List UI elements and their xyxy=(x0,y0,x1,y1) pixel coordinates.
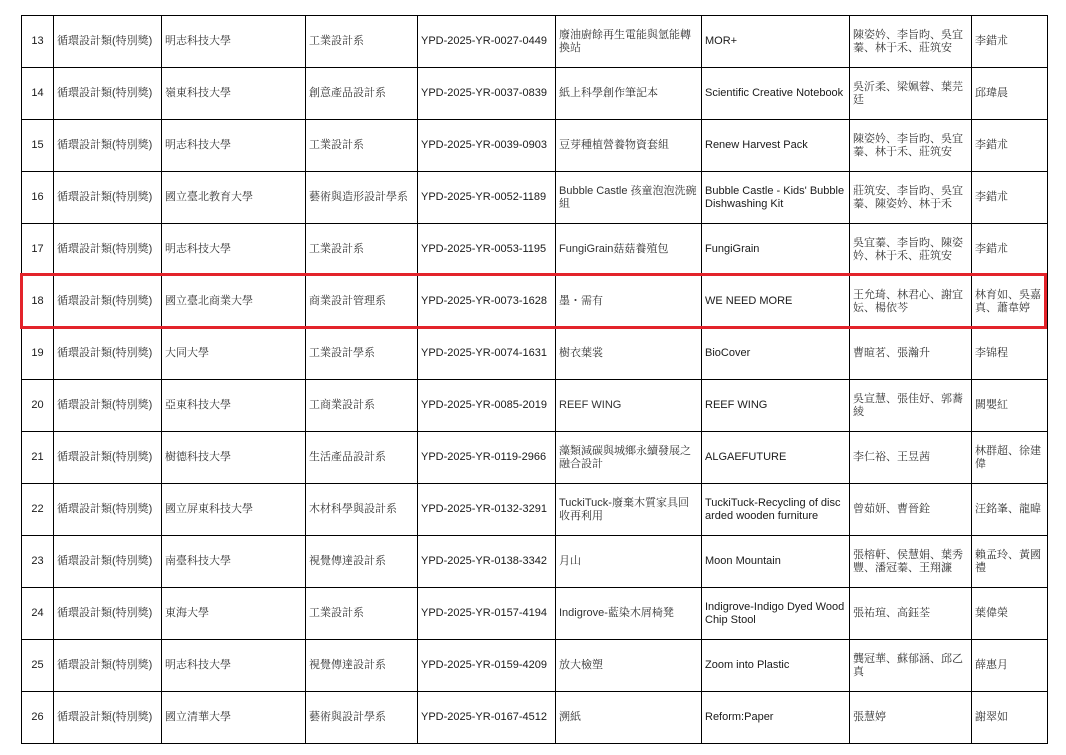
row-number: 23 xyxy=(22,536,54,588)
category-cell: 循環設計類(特別獎) xyxy=(54,224,162,276)
title-en-cell: REEF WING xyxy=(702,380,850,432)
row-number: 17 xyxy=(22,224,54,276)
results-table: 13 循環設計類(特別獎) 明志科技大學 工業設計系 YPD-2025-YR-0… xyxy=(21,15,1048,744)
department-cell: 木材科學與設計系 xyxy=(306,484,418,536)
title-en-cell: BioCover xyxy=(702,328,850,380)
advisor-cell: 汪銘峯、龍暐 xyxy=(972,484,1048,536)
school-cell: 南臺科技大學 xyxy=(162,536,306,588)
department-cell: 工商業設計系 xyxy=(306,380,418,432)
title-en-cell: Renew Harvest Pack xyxy=(702,120,850,172)
row-number: 25 xyxy=(22,640,54,692)
category-cell: 循環設計類(特別獎) xyxy=(54,640,162,692)
school-cell: 國立清華大學 xyxy=(162,692,306,744)
department-cell: 工業設計學系 xyxy=(306,328,418,380)
row-number: 14 xyxy=(22,68,54,120)
title-zh-cell: 豆芽種植營養物資套組 xyxy=(556,120,702,172)
designers-cell: 李仁裕、王昱茜 xyxy=(850,432,972,484)
entry-id-cell: YPD-2025-YR-0132-3291 xyxy=(418,484,556,536)
row-number: 16 xyxy=(22,172,54,224)
table-row: 23 循環設計類(特別獎) 南臺科技大學 視覺傳達設計系 YPD-2025-YR… xyxy=(22,536,1048,588)
title-en-cell: WE NEED MORE xyxy=(702,276,850,328)
table-row: 25 循環設計類(特別獎) 明志科技大學 視覺傳達設計系 YPD-2025-YR… xyxy=(22,640,1048,692)
title-zh-cell: 月山 xyxy=(556,536,702,588)
table-row: 22 循環設計類(特別獎) 國立屏東科技大學 木材科學與設計系 YPD-2025… xyxy=(22,484,1048,536)
advisor-cell: 賴孟玲、黃國禮 xyxy=(972,536,1048,588)
school-cell: 明志科技大學 xyxy=(162,120,306,172)
title-zh-cell: FungiGrain菇菇養殖包 xyxy=(556,224,702,276)
advisor-cell: 邱瑋晨 xyxy=(972,68,1048,120)
school-cell: 國立臺北教育大學 xyxy=(162,172,306,224)
title-en-cell: Zoom into Plastic xyxy=(702,640,850,692)
row-number: 13 xyxy=(22,16,54,68)
table-row: 21 循環設計類(特別獎) 樹德科技大學 生活產品設計系 YPD-2025-YR… xyxy=(22,432,1048,484)
advisor-cell: 謝翠如 xyxy=(972,692,1048,744)
category-cell: 循環設計類(特別獎) xyxy=(54,484,162,536)
category-cell: 循環設計類(特別獎) xyxy=(54,692,162,744)
title-en-cell: MOR+ xyxy=(702,16,850,68)
school-cell: 樹德科技大學 xyxy=(162,432,306,484)
row-number: 24 xyxy=(22,588,54,640)
table-row: 19 循環設計類(特別獎) 大同大學 工業設計學系 YPD-2025-YR-00… xyxy=(22,328,1048,380)
designers-cell: 陳姿妗、李旨昀、吳宜蓁、林于禾、莊筑安 xyxy=(850,16,972,68)
title-zh-cell: 墨・需有 xyxy=(556,276,702,328)
designers-cell: 吳宜蓁、李旨昀、陳姿妗、林于禾、莊筑安 xyxy=(850,224,972,276)
row-number: 18 xyxy=(22,276,54,328)
advisor-cell: 林群超、徐建偉 xyxy=(972,432,1048,484)
entry-id-cell: YPD-2025-YR-0167-4512 xyxy=(418,692,556,744)
department-cell: 工業設計系 xyxy=(306,588,418,640)
table-row: 24 循環設計類(特別獎) 東海大學 工業設計系 YPD-2025-YR-015… xyxy=(22,588,1048,640)
row-number: 26 xyxy=(22,692,54,744)
row-number: 20 xyxy=(22,380,54,432)
entry-id-cell: YPD-2025-YR-0073-1628 xyxy=(418,276,556,328)
school-cell: 大同大學 xyxy=(162,328,306,380)
department-cell: 藝術與設計學系 xyxy=(306,692,418,744)
entry-id-cell: YPD-2025-YR-0157-4194 xyxy=(418,588,556,640)
title-zh-cell: 放大檢塑 xyxy=(556,640,702,692)
title-zh-cell: REEF WING xyxy=(556,380,702,432)
title-zh-cell: 紙上科學創作筆記本 xyxy=(556,68,702,120)
entry-id-cell: YPD-2025-YR-0037-0839 xyxy=(418,68,556,120)
table-row: 13 循環設計類(特別獎) 明志科技大學 工業設計系 YPD-2025-YR-0… xyxy=(22,16,1048,68)
title-en-cell: Scientific Creative Notebook xyxy=(702,68,850,120)
entry-id-cell: YPD-2025-YR-0052-1189 xyxy=(418,172,556,224)
category-cell: 循環設計類(特別獎) xyxy=(54,172,162,224)
title-zh-cell: Indigrove-藍染木屑椅凳 xyxy=(556,588,702,640)
category-cell: 循環設計類(特別獎) xyxy=(54,380,162,432)
document-page: 13 循環設計類(特別獎) 明志科技大學 工業設計系 YPD-2025-YR-0… xyxy=(21,15,1048,744)
advisor-cell: 李錯朮 xyxy=(972,16,1048,68)
school-cell: 國立屏東科技大學 xyxy=(162,484,306,536)
row-number: 21 xyxy=(22,432,54,484)
designers-cell: 王允琦、林君心、謝宜妘、楊依芩 xyxy=(850,276,972,328)
designers-cell: 莊筑安、李旨昀、吳宜蓁、陳姿妗、林于禾 xyxy=(850,172,972,224)
title-en-cell: Bubble Castle - Kids' Bubble Dishwashing… xyxy=(702,172,850,224)
title-zh-cell: 廢油廚餘再生電能與氫能轉換站 xyxy=(556,16,702,68)
title-en-cell: TuckiTuck-Recycling of discarded wooden … xyxy=(702,484,850,536)
table-row: 16 循環設計類(特別獎) 國立臺北教育大學 藝術與造形設計學系 YPD-202… xyxy=(22,172,1048,224)
title-zh-cell: Bubble Castle 孩童泡泡洗碗組 xyxy=(556,172,702,224)
table-row: 15 循環設計類(特別獎) 明志科技大學 工業設計系 YPD-2025-YR-0… xyxy=(22,120,1048,172)
category-cell: 循環設計類(特別獎) xyxy=(54,588,162,640)
advisor-cell: 林育如、吳嘉真、蕭韋婷 xyxy=(972,276,1048,328)
results-table-body: 13 循環設計類(特別獎) 明志科技大學 工業設計系 YPD-2025-YR-0… xyxy=(22,16,1048,744)
advisor-cell: 李錯朮 xyxy=(972,172,1048,224)
title-en-cell: ALGAEFUTURE xyxy=(702,432,850,484)
table-row: 14 循環設計類(特別獎) 嶺東科技大學 創意產品設計系 YPD-2025-YR… xyxy=(22,68,1048,120)
title-en-cell: Indigrove-Indigo Dyed Wood Chip Stool xyxy=(702,588,850,640)
designers-cell: 陳姿妗、李旨昀、吳宜蓁、林于禾、莊筑安 xyxy=(850,120,972,172)
school-cell: 明志科技大學 xyxy=(162,16,306,68)
department-cell: 生活產品設計系 xyxy=(306,432,418,484)
designers-cell: 龔冠華、蘇郁涵、邱乙真 xyxy=(850,640,972,692)
department-cell: 工業設計系 xyxy=(306,224,418,276)
advisor-cell: 薛惠月 xyxy=(972,640,1048,692)
designers-cell: 曹暄茗、張瀚升 xyxy=(850,328,972,380)
category-cell: 循環設計類(特別獎) xyxy=(54,432,162,484)
table-row: 26 循環設計類(特別獎) 國立清華大學 藝術與設計學系 YPD-2025-YR… xyxy=(22,692,1048,744)
entry-id-cell: YPD-2025-YR-0039-0903 xyxy=(418,120,556,172)
category-cell: 循環設計類(特別獎) xyxy=(54,68,162,120)
department-cell: 工業設計系 xyxy=(306,120,418,172)
school-cell: 亞東科技大學 xyxy=(162,380,306,432)
designers-cell: 張祐瑄、高鈺荃 xyxy=(850,588,972,640)
advisor-cell: 李錯朮 xyxy=(972,224,1048,276)
designers-cell: 曾茹妍、曹晉銓 xyxy=(850,484,972,536)
row-number: 22 xyxy=(22,484,54,536)
title-zh-cell: 溯紙 xyxy=(556,692,702,744)
row-number: 19 xyxy=(22,328,54,380)
category-cell: 循環設計類(特別獎) xyxy=(54,120,162,172)
school-cell: 明志科技大學 xyxy=(162,224,306,276)
advisor-cell: 李锦程 xyxy=(972,328,1048,380)
department-cell: 視覺傳達設計系 xyxy=(306,640,418,692)
category-cell: 循環設計類(特別獎) xyxy=(54,16,162,68)
title-en-cell: Moon Mountain xyxy=(702,536,850,588)
entry-id-cell: YPD-2025-YR-0074-1631 xyxy=(418,328,556,380)
entry-id-cell: YPD-2025-YR-0159-4209 xyxy=(418,640,556,692)
entry-id-cell: YPD-2025-YR-0053-1195 xyxy=(418,224,556,276)
designers-cell: 吳沂柔、梁姵蓉、葉芫廷 xyxy=(850,68,972,120)
school-cell: 國立臺北商業大學 xyxy=(162,276,306,328)
entry-id-cell: YPD-2025-YR-0119-2966 xyxy=(418,432,556,484)
advisor-cell: 李錯朮 xyxy=(972,120,1048,172)
table-row: 20 循環設計類(特別獎) 亞東科技大學 工商業設計系 YPD-2025-YR-… xyxy=(22,380,1048,432)
department-cell: 商業設計管理系 xyxy=(306,276,418,328)
table-row: 18 循環設計類(特別獎) 國立臺北商業大學 商業設計管理系 YPD-2025-… xyxy=(22,276,1048,328)
category-cell: 循環設計類(特別獎) xyxy=(54,536,162,588)
advisor-cell: 闕嬰紅 xyxy=(972,380,1048,432)
entry-id-cell: YPD-2025-YR-0085-2019 xyxy=(418,380,556,432)
table-row: 17 循環設計類(特別獎) 明志科技大學 工業設計系 YPD-2025-YR-0… xyxy=(22,224,1048,276)
school-cell: 東海大學 xyxy=(162,588,306,640)
entry-id-cell: YPD-2025-YR-0027-0449 xyxy=(418,16,556,68)
row-number: 15 xyxy=(22,120,54,172)
title-en-cell: Reform:Paper xyxy=(702,692,850,744)
title-en-cell: FungiGrain xyxy=(702,224,850,276)
department-cell: 藝術與造形設計學系 xyxy=(306,172,418,224)
designers-cell: 張榕軒、侯慧娟、葉秀豐、潘冠蓁、王翔濂 xyxy=(850,536,972,588)
title-zh-cell: TuckiTuck-廢棄木質家具回收再利用 xyxy=(556,484,702,536)
department-cell: 工業設計系 xyxy=(306,16,418,68)
title-zh-cell: 藻類減碳與城鄉永續發展之融合設計 xyxy=(556,432,702,484)
advisor-cell: 葉偉榮 xyxy=(972,588,1048,640)
department-cell: 創意產品設計系 xyxy=(306,68,418,120)
entry-id-cell: YPD-2025-YR-0138-3342 xyxy=(418,536,556,588)
designers-cell: 張慧婷 xyxy=(850,692,972,744)
school-cell: 明志科技大學 xyxy=(162,640,306,692)
category-cell: 循環設計類(特別獎) xyxy=(54,328,162,380)
title-zh-cell: 樹衣葉裳 xyxy=(556,328,702,380)
department-cell: 視覺傳達設計系 xyxy=(306,536,418,588)
designers-cell: 吳宣慧、張佳妤、郭蕎綾 xyxy=(850,380,972,432)
category-cell: 循環設計類(特別獎) xyxy=(54,276,162,328)
school-cell: 嶺東科技大學 xyxy=(162,68,306,120)
